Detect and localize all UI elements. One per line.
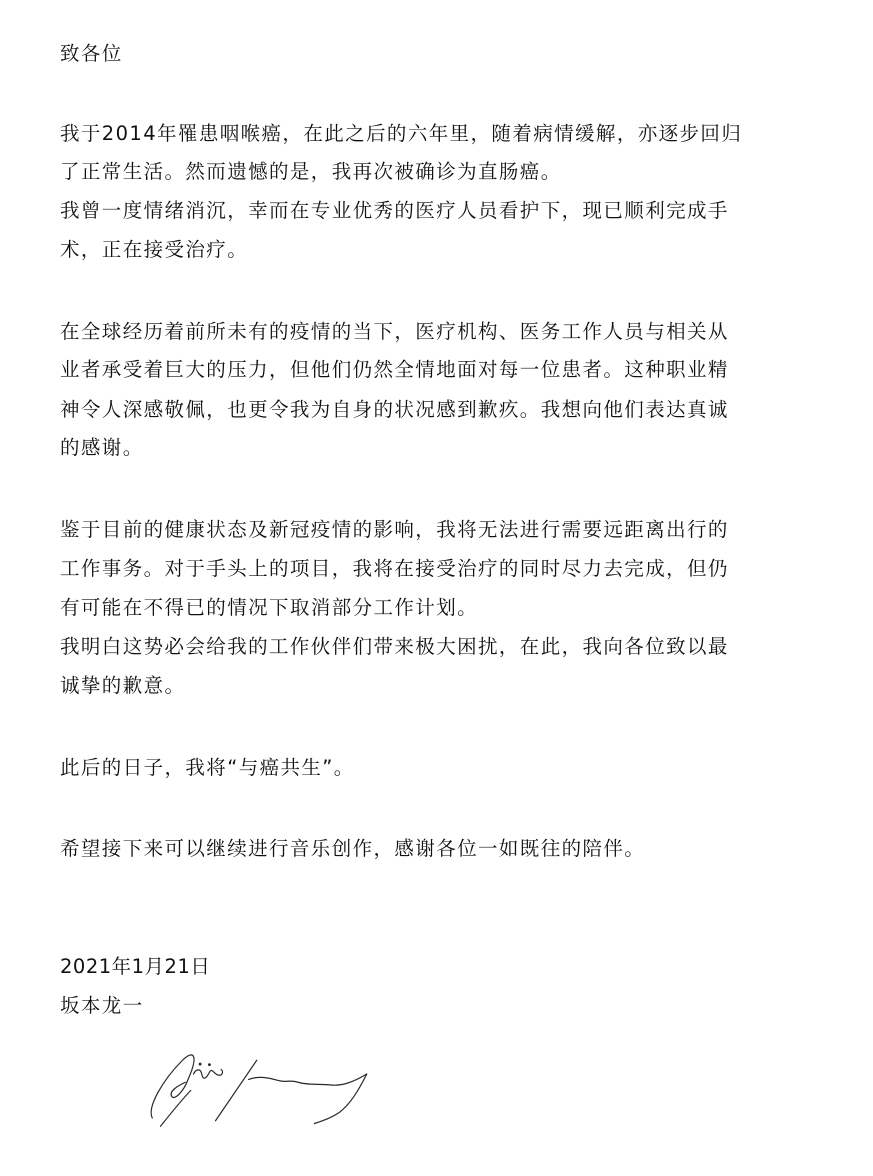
paragraph-line: 诚挚的歉意。 xyxy=(60,674,185,698)
paragraph-line: 我于2014年罹患咽喉癌，在此之后的六年里，随着病情缓解，亦逐步回归 xyxy=(60,122,742,146)
salutation: 致各位 xyxy=(60,42,123,66)
paragraph-line: 术，正在接受治疗。 xyxy=(60,238,248,262)
paragraph-line: 了正常生活。然而遗憾的是，我再次被确诊为直肠癌。 xyxy=(60,160,562,184)
paragraph-line: 工作事务。对于手头上的项目，我将在接受治疗的同时尽力去完成，但仍 xyxy=(60,557,729,581)
paragraph-line: 业者承受着巨大的压力，但他们仍然全情地面对每一位患者。这种职业精 xyxy=(60,358,729,382)
handwritten-signature-icon xyxy=(55,1030,475,1140)
letter-author: 坂本龙一 xyxy=(60,994,144,1018)
letter-date: 2021年1月21日 xyxy=(60,955,210,979)
paragraph-line: 我曾一度情绪消沉，幸而在专业优秀的医疗人员看护下，现已顺利完成手 xyxy=(60,199,729,223)
paragraph-line: 的感谢。 xyxy=(60,436,144,460)
paragraph-line: 神令人深感敬佩，也更令我为自身的状况感到歉疚。我想向他们表达真诚 xyxy=(60,398,729,422)
paragraph-line: 有可能在不得已的情况下取消部分工作计划。 xyxy=(60,596,478,620)
paragraph-line: 我明白这势必会给我的工作伙伴们带来极大困扰，在此，我向各位致以最 xyxy=(60,635,729,659)
paragraph-line: 在全球经历着前所未有的疫情的当下，医疗机构、医务工作人员与相关从 xyxy=(60,320,729,344)
paragraph-line: 此后的日子，我将“与癌共生”。 xyxy=(60,756,355,780)
paragraph-line: 鉴于目前的健康状态及新冠疫情的影响，我将无法进行需要远距离出行的 xyxy=(60,518,729,542)
paragraph-line: 希望接下来可以继续进行音乐创作，感谢各位一如既往的陪伴。 xyxy=(60,837,645,861)
